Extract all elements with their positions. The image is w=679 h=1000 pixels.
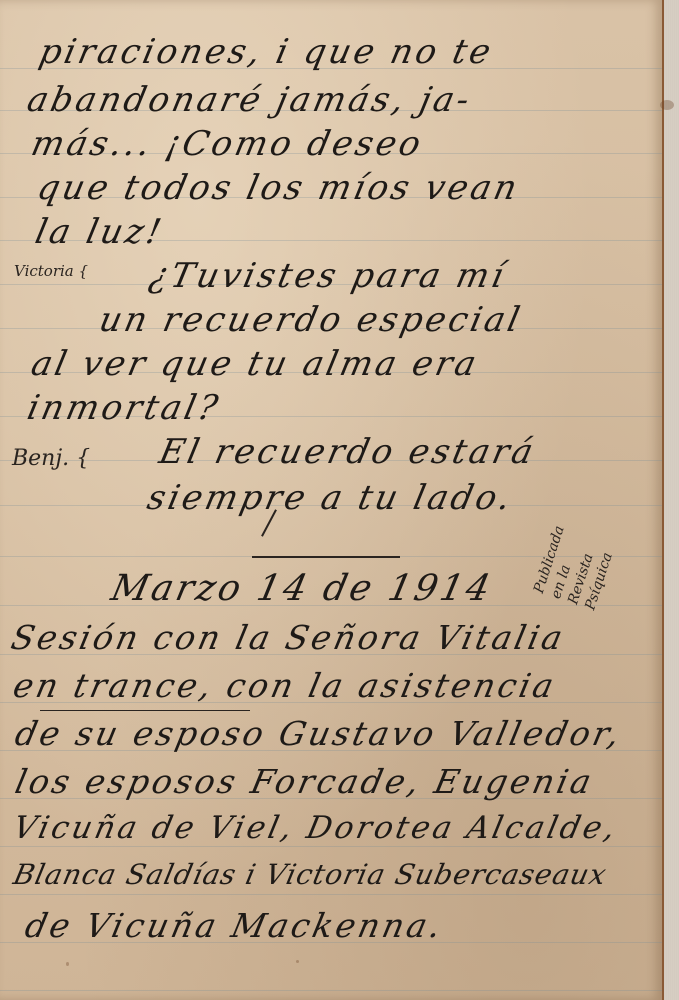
speaker-name: Benj.: [12, 446, 69, 471]
ruled-line: [0, 846, 662, 847]
ruled-line: [0, 894, 662, 895]
handwritten-line: al ver que tu alma era: [28, 344, 483, 384]
session-line: de Vicuña Mackenna.: [22, 906, 448, 945]
binding-stain: [660, 100, 674, 110]
handwritten-line: siempre a tu lado.: [144, 478, 517, 518]
handwritten-line: inmortal?: [24, 388, 224, 428]
session-line: los esposos Forcade, Eugenia: [12, 762, 598, 801]
session-line: de su esposo Gustavo Valledor,: [12, 714, 626, 753]
foxing-spot: [66, 962, 69, 966]
handwritten-line: El recuerdo estará: [156, 432, 540, 472]
handwritten-line: más... ¡Como deseo: [28, 124, 427, 164]
session-line: Sesión con la Señora Vitalia: [8, 618, 569, 657]
session-line: Vicuña de Viel, Dorotea Alcalde,: [10, 810, 621, 846]
margin-annotation: Publicada en la Revista Psíquica: [530, 524, 620, 613]
notebook-page: piraciones, i que no te abandonaré jamás…: [0, 0, 664, 1000]
foxing-spot: [296, 960, 299, 963]
handwritten-line: un recuerdo especial: [96, 300, 526, 340]
handwritten-line: piraciones, i que no te: [36, 32, 497, 72]
handwritten-line: ¿Tuvistes para mí: [146, 256, 510, 296]
handwritten-line: la luz!: [32, 212, 168, 252]
binding-cloth: [664, 0, 679, 1000]
section-separator: [252, 556, 400, 558]
ruled-line: [0, 990, 662, 991]
handwritten-line: abandonaré jamás, ja-: [24, 80, 476, 120]
handwritten-line: que todos los míos vean: [34, 168, 524, 208]
underline-en-trance: [40, 710, 250, 711]
session-line: en trance, con la asistencia: [10, 666, 560, 705]
speaker-name: Victoria: [14, 262, 74, 280]
speaker-label-victoria: Victoria {: [14, 262, 88, 280]
session-date: Marzo 14 de 1914: [108, 568, 497, 609]
session-line: Blanca Saldías i Victoria Subercaseaux: [10, 858, 609, 891]
speaker-label-benjamin: Benj. {: [12, 446, 90, 471]
